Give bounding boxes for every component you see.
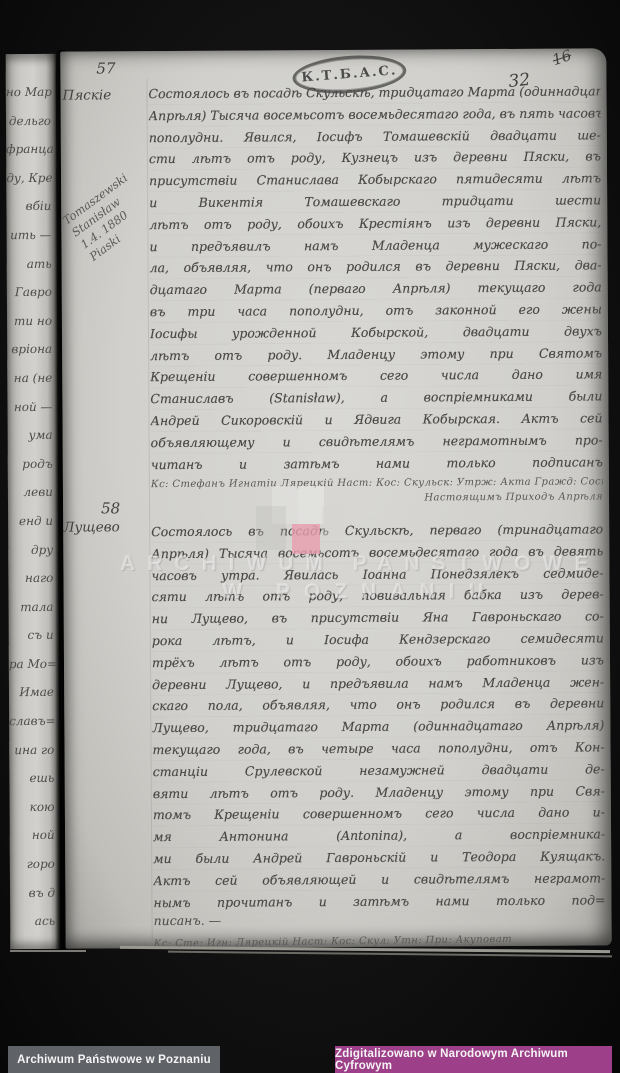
manuscript-line: деревни Лущево, и предъявила намъ Младен… bbox=[152, 671, 604, 696]
text-fragment: но Мар bbox=[6, 78, 51, 107]
manuscript-line: нымъ прочитанъ и затѣмъ нами только под= bbox=[153, 889, 605, 914]
archive-label-nac: Zdigitalizowano w Narodowym Archiwum Cyf… bbox=[335, 1046, 612, 1073]
entry-58-text: Состоялось въ посадѣ Скульскѣ, перваго (… bbox=[151, 518, 605, 913]
entry-57-side-note: Настоящимъ Приходъ Апрѣля bbox=[151, 491, 603, 505]
text-fragment: на (не bbox=[7, 364, 52, 393]
manuscript-line: вяти лѣтъ отъ роду. Младенцу этому при С… bbox=[153, 780, 605, 805]
text-fragment: ра Мо= bbox=[9, 650, 54, 679]
text-fragment: съ и bbox=[9, 621, 54, 650]
manuscript-line: лѣтъ отъ роду. Младенцу этому при Святом… bbox=[150, 342, 602, 367]
manuscript-line: дцатаго Марта (перваго Апрѣля) текущаго … bbox=[150, 277, 602, 302]
text-fragment: родъ bbox=[8, 450, 53, 479]
manuscript-line: трёхъ лѣтъ отъ роду, обоихъ работниковъ … bbox=[152, 649, 604, 674]
manuscript-line: и предъявилъ намъ Младенца мужескаго по- bbox=[149, 233, 601, 258]
facing-page-edge: но Мардельгофранцаду, Кревбіиить —атьГав… bbox=[6, 54, 61, 949]
text-fragment: вбіи bbox=[6, 192, 51, 221]
register-page: К.Т.Б.А.С. 32 16 57 Пяскіе TomaszewskiSt… bbox=[60, 48, 611, 948]
entry-57-signature: Кс: Стефанъ Игнатіи Лярецкій Наст: Кос: … bbox=[151, 476, 603, 490]
archive-label-poznan: Archiwum Państwowe w Poznaniu bbox=[8, 1046, 220, 1073]
scanned-register-photo: но Мардельгофранцаду, Кревбіиить —атьГав… bbox=[0, 0, 620, 1073]
text-fragment: кою bbox=[10, 793, 55, 822]
entry-57-place: Пяскіе bbox=[62, 87, 111, 103]
text-fragment: енд и bbox=[8, 507, 53, 536]
manuscript-line: Лущево, тридцатаго Марта (одиннадцатаго … bbox=[152, 715, 604, 740]
text-fragment: славъ= bbox=[9, 707, 54, 736]
page-stack-edge bbox=[10, 950, 86, 952]
entry-58-closing: писанъ. — bbox=[154, 913, 222, 928]
page-number-crossed-out: 16 bbox=[550, 46, 574, 69]
text-fragment: дельго bbox=[6, 106, 51, 135]
manuscript-line: Состоялось въ посадѣ Скульскѣ, тридцатаг… bbox=[148, 80, 600, 105]
text-fragment: ась bbox=[10, 907, 55, 936]
text-fragment: горо bbox=[10, 850, 55, 879]
manuscript-line: присутствіи Станислава Кобырскаго пятиде… bbox=[149, 168, 601, 193]
manuscript-line: ла, объявляя, что онъ родился въ деревни… bbox=[150, 255, 602, 280]
manuscript-line: Состоялось въ посадѣ Скульскѣ, перваго (… bbox=[151, 518, 603, 543]
manuscript-line: рока лѣтъ, и Іосифа Кендзерскаго семидес… bbox=[152, 627, 604, 652]
text-fragment: дру bbox=[8, 535, 53, 564]
manuscript-line: сти лѣтъ отъ роду, Кузнецъ изъ деревни П… bbox=[149, 146, 601, 171]
manuscript-line: скаго пола, объявляя, что онъ родился въ… bbox=[152, 693, 604, 718]
entry-58-number: 58 bbox=[101, 499, 120, 517]
manuscript-line: Крещеніи совершенномъ сего числа дано им… bbox=[150, 364, 602, 389]
manuscript-line: въ три часа пополудни, отъ законной его … bbox=[150, 298, 602, 323]
text-fragment: наго bbox=[8, 564, 53, 593]
manuscript-line: Андрей Сикоровскій и Ядвига Кобырская. А… bbox=[150, 407, 602, 432]
watermark-text-line1: ARCHIWUM PAŃSTWOWE bbox=[120, 552, 600, 576]
manuscript-line: Апрѣля) Тысяча восемьсотъ восемьдесятаго… bbox=[149, 102, 601, 127]
watermark-square bbox=[298, 486, 324, 524]
manuscript-line: лѣтъ отъ роду, обоихъ Крестіянъ изъ дере… bbox=[149, 211, 601, 236]
manuscript-line: мя Антонина (Antonina), а воспріемника- bbox=[153, 824, 605, 849]
text-fragment: леви bbox=[8, 478, 53, 507]
facing-page-text-fragments: но Мардельгофранцаду, Кревбіиить —атьГав… bbox=[6, 54, 61, 936]
text-fragment: франца bbox=[6, 135, 51, 164]
entry-58-place: Лущево bbox=[63, 519, 120, 535]
text-fragment: ить — bbox=[7, 221, 52, 250]
text-fragment: Гавро bbox=[7, 278, 52, 307]
manuscript-line: и Викентія Томашевскаго тридцати шести bbox=[149, 189, 601, 214]
manuscript-line: ни Лущево, въ присутствіи Яна Гавроньска… bbox=[152, 606, 604, 631]
text-fragment: въ д bbox=[10, 879, 55, 908]
text-fragment: ду, Кре bbox=[6, 164, 51, 193]
manuscript-line: текущаго года, въ четыре часа пополудни,… bbox=[152, 736, 604, 761]
text-fragment: ти но bbox=[7, 307, 52, 336]
manuscript-line: ми были Андрей Гавроньскій и Теодора Куя… bbox=[153, 845, 605, 870]
text-fragment: ума bbox=[8, 421, 53, 450]
watermark-pink-square bbox=[292, 524, 320, 554]
text-fragment: ина го bbox=[9, 736, 54, 765]
manuscript-line: станціи Срулевской незамужней двадцати д… bbox=[153, 758, 605, 783]
manuscript-line: пополудни. Явился, Іосифъ Томашевскій дв… bbox=[149, 124, 601, 149]
text-fragment: Имае bbox=[9, 678, 54, 707]
text-fragment: ешь bbox=[9, 764, 54, 793]
text-fragment: ать bbox=[7, 249, 52, 278]
watermark-text-line2: W POZNANIU bbox=[120, 580, 600, 604]
manuscript-line: Іосифы урожденной Кобырской, двадцати дв… bbox=[150, 320, 602, 345]
manuscript-line: читанъ и затѣмъ нами только подписанъ bbox=[151, 451, 603, 476]
manuscript-line: Актъ сей объявляющей и свидѣтелямъ негра… bbox=[153, 867, 605, 892]
entry-57-number: 57 bbox=[96, 59, 115, 77]
manuscript-line: томъ Крещеніи совершенномъ сего числа да… bbox=[153, 802, 605, 827]
entry-57-text: Состоялось въ посадѣ Скульскѣ, тридцатаг… bbox=[148, 80, 602, 475]
text-fragment: вріона bbox=[7, 335, 52, 364]
manuscript-line: объявляющему и свидѣтелямъ неграмотнымъ … bbox=[151, 429, 603, 454]
text-fragment: ной — bbox=[7, 392, 52, 421]
watermark-square bbox=[256, 506, 286, 550]
text-fragment: ной bbox=[10, 821, 55, 850]
text-fragment: тала bbox=[8, 593, 53, 622]
manuscript-line: Станиславъ (Stanisław), а воспріемниками… bbox=[150, 386, 602, 411]
watermark-square bbox=[322, 506, 344, 548]
